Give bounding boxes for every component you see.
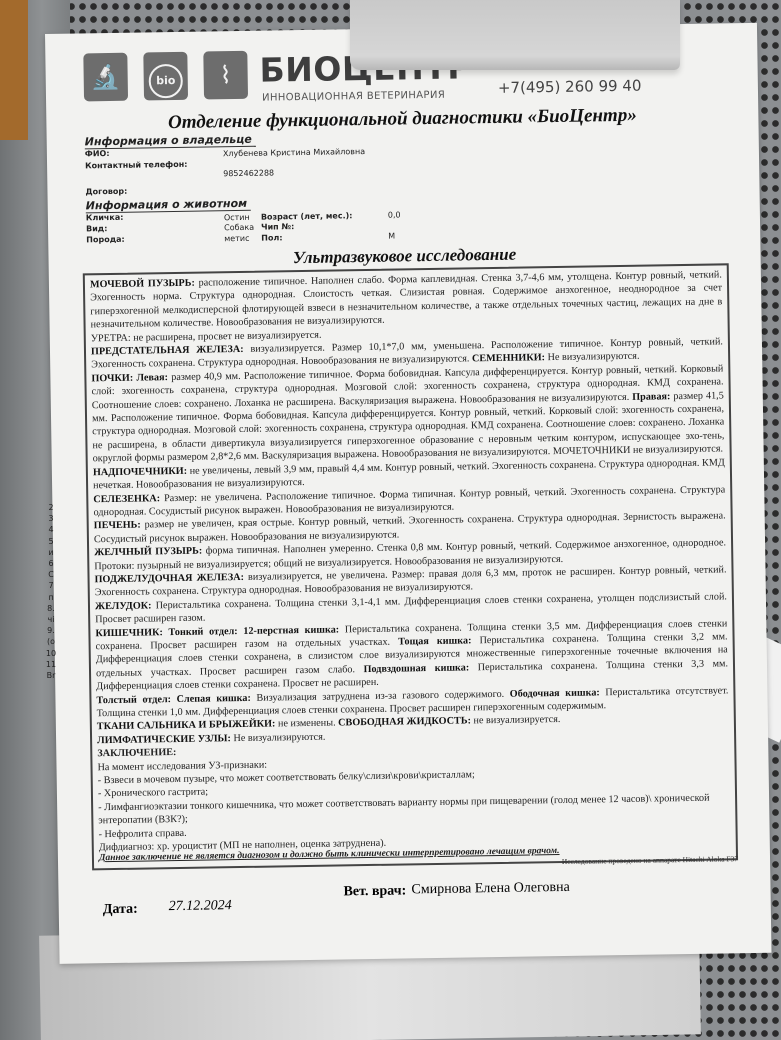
report-sections: МОЧЕВОЙ ПУЗЫРЬ: расположение типичное. Н…	[90, 268, 729, 747]
section-label: ЛИМФАТИЧЕСКИЕ УЗЛЫ:	[97, 733, 231, 746]
margin-fragment: 7	[44, 580, 58, 591]
wooden-surface	[0, 0, 28, 140]
margin-fragment: чі	[44, 614, 58, 625]
contract-label: Договор:	[85, 187, 127, 197]
section-label: ПЕЧЕНЬ:	[94, 520, 141, 532]
margin-fragment: 6	[44, 558, 58, 569]
conclusion-lines: На момент исследования УЗ-признаки:- Взв…	[97, 751, 730, 855]
margin-fragment: 9.	[44, 625, 58, 636]
fio-label: ФИО:	[85, 149, 110, 158]
vet-name: Смирнова Елена Олеговна	[411, 880, 570, 898]
species-label: Вид:	[86, 224, 108, 233]
paper-roll	[350, 0, 680, 70]
section-text: Не визуализируются.	[231, 731, 326, 743]
section-label: ПОДЖЕЛУДОЧНАЯ ЖЕЛЕЗА:	[94, 572, 244, 585]
dna-icon: ⌇	[203, 51, 248, 100]
section-label: ЖЕЛУДОК:	[95, 600, 152, 612]
section-text: размер 40,9 мм. Расположение типичное. Ф…	[92, 363, 724, 411]
breed-label: Порода:	[86, 235, 125, 245]
sex-value: М	[388, 232, 395, 241]
name-value: Остин	[224, 213, 250, 222]
breed-value: метис	[224, 234, 249, 243]
signature-footer: Дата: 27.12.2024 Вет. врач: Смирнова Еле…	[58, 876, 771, 927]
margin-fragment: 8.	[44, 603, 58, 614]
report-section: ПОЧКИ: Левая: размер 40,9 мм. Расположен…	[91, 362, 724, 466]
date-value: 27.12.2024	[169, 899, 232, 916]
date-label: Дата:	[103, 902, 138, 919]
clinic-tagline: ИННОВАЦИОННАЯ ВЕТЕРИНАРИЯ	[262, 90, 445, 104]
margin-fragment: 2	[44, 502, 58, 513]
phone-label: Контактный телефон:	[85, 160, 187, 171]
section-label: ТКАНИ САЛЬНИКА И БРЫЖЕЙКИ:	[97, 719, 276, 733]
section-label: Толстый отдел: Слепая кишка:	[96, 692, 251, 705]
margin-fragment: и	[44, 547, 58, 558]
ultrasound-report-sheet: 🔬 bio ⌇ БИОЦЕНТР ИННОВАЦИОННАЯ ВЕТЕРИНАР…	[45, 23, 772, 964]
section-label: ПОЧКИ: Левая:	[91, 372, 168, 384]
sex-label: Пол:	[261, 233, 282, 242]
margin-fragment: С	[44, 569, 58, 580]
section-label: НАДПОЧЕЧНИКИ:	[93, 466, 187, 478]
section-label: Подвздошная кишка:	[363, 662, 469, 675]
section-label: МОЧЕВОЙ ПУЗЫРЬ:	[90, 278, 195, 291]
section-text: Не визуализируются.	[545, 351, 640, 363]
margin-fragment: 10	[44, 648, 58, 659]
owner-info: Информация о владельце ФИО: Хлубенева Кр…	[47, 125, 761, 248]
chip-label: Чип №:	[261, 222, 294, 232]
section-label: Тощая кишка:	[398, 635, 471, 647]
bio-icon: bio	[143, 52, 188, 101]
section-text: не изменены.	[275, 718, 338, 730]
microscope-icon: 🔬	[83, 53, 128, 102]
report-body: МОЧЕВОЙ ПУЗЫРЬ: расположение типичное. Н…	[83, 263, 738, 871]
margin-fragment: (о	[44, 636, 58, 647]
section-text: Визуализация затруднена из-за газового с…	[251, 688, 510, 703]
report-section: МОЧЕВОЙ ПУЗЫРЬ: расположение типичное. Н…	[90, 268, 723, 332]
section-text: не визуализируется.	[471, 714, 561, 726]
name-label: Кличка:	[86, 213, 124, 223]
section-label: ПРЕДСТАТЕЛЬНАЯ ЖЕЛЕЗА:	[91, 344, 244, 357]
margin-fragment: 4	[44, 524, 58, 535]
device-note: Исследование проведено на аппарате Hitac…	[562, 855, 738, 867]
margin-fragment: 5	[44, 536, 58, 547]
margin-fragment: Вr	[44, 670, 58, 681]
margin-fragment: 3	[44, 513, 58, 524]
clinic-phone: +7(495) 260 99 40	[498, 77, 642, 97]
underlying-sheet-fragments: 2345и6С7п8.чі9.(о1011Вr	[44, 502, 58, 681]
section-label: Правая:	[632, 391, 670, 403]
section-label: Ободочная кишка:	[510, 687, 600, 699]
margin-fragment: 11	[44, 659, 58, 670]
section-label: КИШЕЧНИК: Тонкий отдел: 12-перстная кишк…	[95, 624, 339, 639]
species-value: Собака	[224, 223, 254, 232]
vet-label: Вет. врач:	[343, 884, 406, 901]
section-label: СЕЛЕЗЕНКА:	[93, 493, 160, 505]
report-section: КИШЕЧНИК: Тонкий отдел: 12-перстная кишк…	[95, 617, 728, 694]
section-label: СВОБОДНАЯ ЖИДКОСТЬ:	[338, 716, 471, 729]
section-label: ЖЕЛЧНЫЙ ПУЗЫРЬ:	[94, 546, 202, 559]
section-label: СЕМЕННИКИ:	[472, 353, 545, 365]
margin-fragment: п	[44, 592, 58, 603]
age-value: 0,0	[388, 210, 401, 219]
